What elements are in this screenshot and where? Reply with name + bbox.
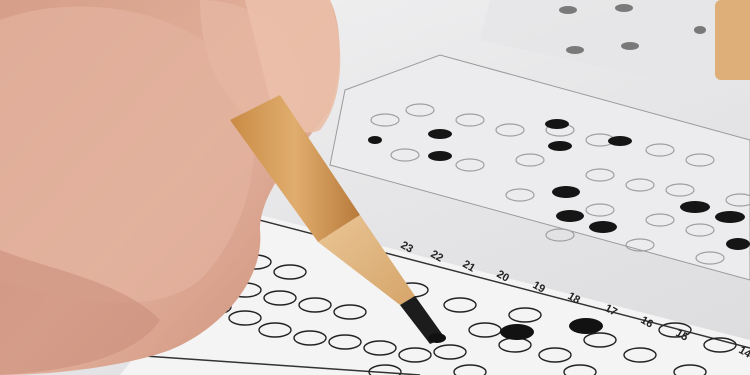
answer-sheet-photo: 14 15 16 17 18 19 20 21 22 23 <box>0 0 750 375</box>
photo-scene: 14 15 16 17 18 19 20 21 22 23 <box>0 0 750 375</box>
middle-answer-block <box>330 55 750 280</box>
